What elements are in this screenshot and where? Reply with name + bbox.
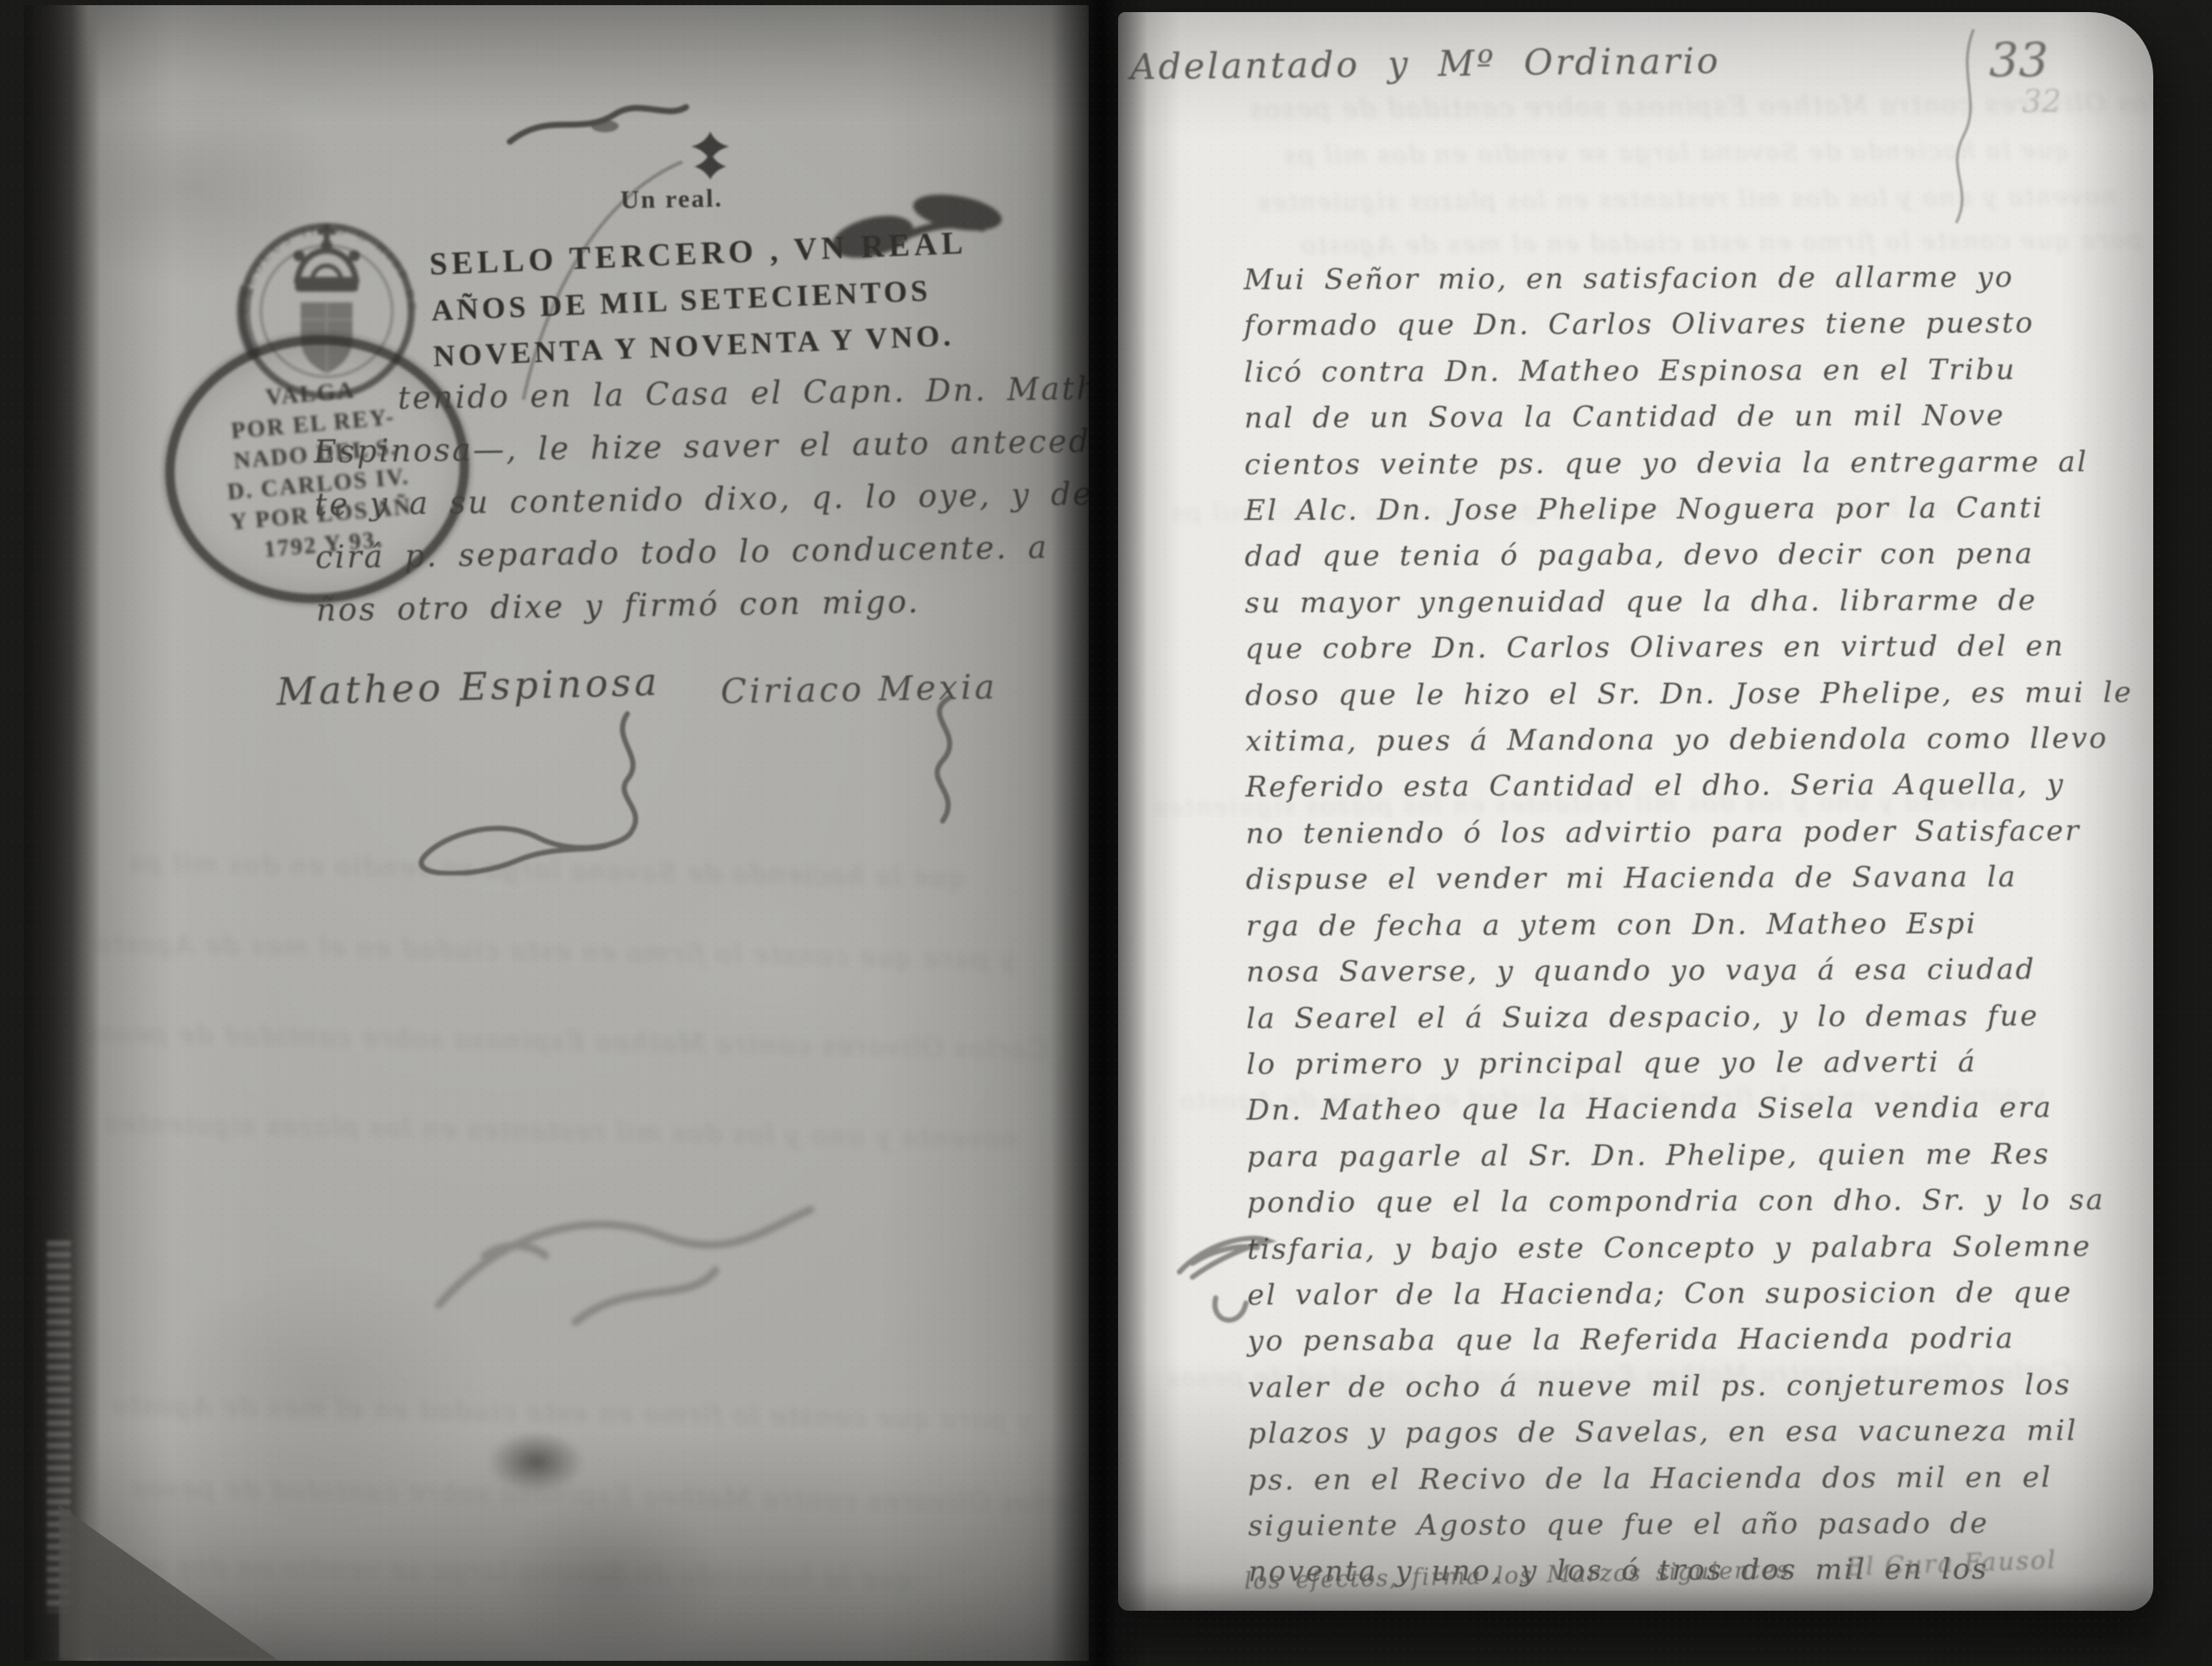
letter-body-text: Mui Señor mio, en satisfacion de allarme… xyxy=(1243,253,2124,1594)
manuscript-line: su mayor yngenuidad que la dha. librarme… xyxy=(1245,576,2121,626)
manuscript-line: Mui Señor mio, en satisfacion de allarme… xyxy=(1243,253,2120,302)
manuscript-line: cientos veinte ps. que yo devia la entre… xyxy=(1244,438,2120,487)
manuscript-line: siguiente Agosto que fue el año pasado d… xyxy=(1248,1499,2124,1548)
faded-flourish-icon xyxy=(403,1173,891,1359)
bleedthrough-text: que la hacienda de Savana larga se vendi… xyxy=(1170,493,1958,527)
bleedthrough-text: noventa y uno y los dos mil restantes en… xyxy=(1256,182,2117,217)
bleedthrough-text: noventa y uno y los dos mil restantes en… xyxy=(1153,787,2013,822)
book-scan-photo: Un real. CAROLUS III D G HISP REX xyxy=(0,0,2212,1666)
left-page: Un real. CAROLUS III D G HISP REX xyxy=(24,5,1089,1661)
manuscript-line: doso que le hizo el Sr. Dn. Jose Phelipe… xyxy=(1245,669,2121,718)
margin-rubric-icon xyxy=(1166,1210,1283,1344)
manuscript-line: tisfaria, y bajo este Concepto y palabra… xyxy=(1247,1223,2123,1272)
manuscript-line: yo pensaba que la Referida Hacienda podr… xyxy=(1248,1315,2124,1364)
signature-rubric-icon xyxy=(368,707,731,875)
manuscript-line: plazos y pagos de Savelas, en esa vacune… xyxy=(1248,1407,2124,1456)
manuscript-line: formado que Dn. Carlos Olivares tiene pu… xyxy=(1243,300,2120,349)
revenue-value-label: Un real. xyxy=(620,184,723,215)
manuscript-line: la Searel el á Suiza despacio, y lo dema… xyxy=(1246,992,2122,1041)
printed-sello-heading: SELLO TERCERO , VN REALAÑOS DE MIL SETEC… xyxy=(429,220,971,379)
manuscript-line: lo primero y principal que yo le adverti… xyxy=(1246,1038,2122,1087)
bleedthrough-text: y para que conste lo firmo en esta ciuda… xyxy=(1179,1080,2046,1115)
manuscript-line: nosa Saverse, y quando yo vaya á esa ciu… xyxy=(1246,945,2122,995)
right-page: Adelantado y Mº Ordinario 33 32 Carlos O… xyxy=(1118,12,2153,1611)
manuscript-line: pondio que el la compondria con dho. Sr.… xyxy=(1247,1176,2123,1225)
folio-number: 33 xyxy=(1989,33,2049,87)
manuscript-line: xitima, pues á Mandona yo debiendola com… xyxy=(1245,715,2121,764)
manuscript-line: rga de fecha a ytem con Dn. Matheo Espi xyxy=(1246,900,2122,949)
bleedthrough-text: que la hacienda de Savana larga se vendi… xyxy=(1282,136,2070,169)
manuscript-line: que cobre Dn. Carlos Olivares en virtud … xyxy=(1245,622,2121,671)
manuscript-line: cirá p. separado todo lo conducente. a xyxy=(315,521,1089,585)
manuscript-line: dad que tenia ó pagaba, devo decir con p… xyxy=(1244,531,2120,580)
left-page-body-text: tenido en la Casa el Capn. Dn. MatheoEsp… xyxy=(313,363,1089,638)
page-header-inscription: Adelantado y Mº Ordinario xyxy=(1130,40,1721,87)
manuscript-line: dispuse el vender mi Hacienda de Savana … xyxy=(1246,854,2122,903)
bleedthrough-text: Carlos Olivares contra Matheo Espinosa s… xyxy=(1248,88,2153,125)
bottom-edge-shadow xyxy=(1115,1580,2156,1640)
manuscript-line: el valor de la Hacienda; Con suposicion … xyxy=(1247,1269,2123,1318)
manuscript-line: para pagarle al Sr. Dn. Phelipe, quien m… xyxy=(1247,1130,2123,1180)
manuscript-line: ps. en el Recivo de la Hacienda dos mil … xyxy=(1248,1453,2124,1503)
book-gutter-shadow xyxy=(1051,0,1147,1666)
manuscript-line: licó contra Dn. Matheo Espinosa en el Tr… xyxy=(1244,346,2120,395)
signature-rubric-icon xyxy=(895,690,982,836)
manuscript-line: ños otro dixe y firmó con migo. xyxy=(315,574,1089,638)
manuscript-line: nal de un Sova la Cantidad de un mil Nov… xyxy=(1244,391,2120,441)
